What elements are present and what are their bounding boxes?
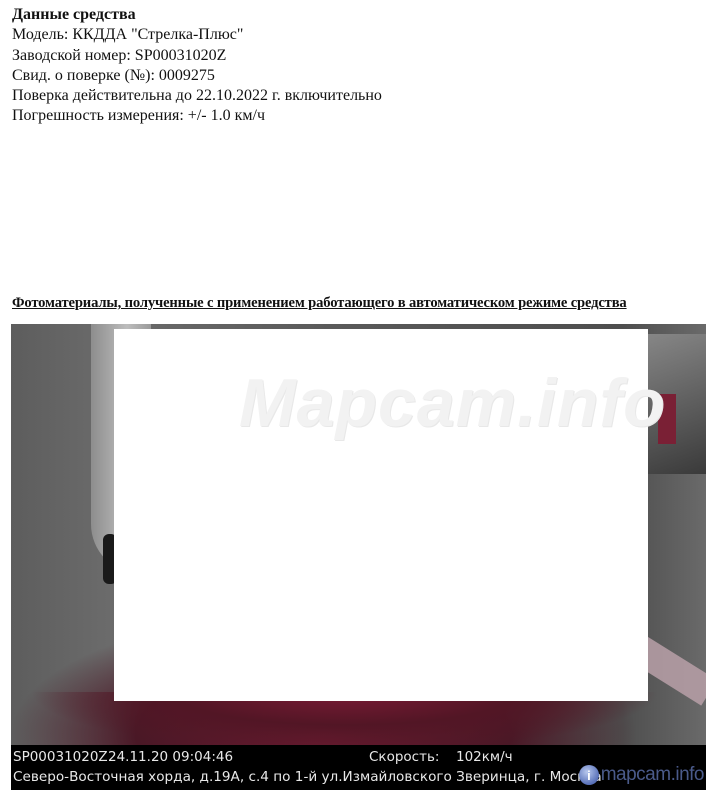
device-serial-number: Заводской номер: SP00031020Z: [12, 46, 382, 66]
overlay-speed-label: Скорость:: [369, 749, 439, 765]
camera-overlay: SP00031020Z 24.11.20 09:04:46 Скорость: …: [11, 745, 706, 790]
violation-photo: Mapcam.info SP00031020Z 24.11.20 09:04:4…: [11, 324, 706, 790]
verification-valid-until: Поверка действительна до 22.10.2022 г. в…: [12, 86, 382, 106]
verification-certificate: Свид. о поверке (№): 0009275: [12, 66, 382, 86]
watermark-text: Mapcam.info: [239, 364, 666, 442]
overlay-datetime: 24.11.20 09:04:46: [108, 749, 233, 765]
device-info-heading: Данные средства: [12, 5, 382, 25]
vehicle-red: [11, 692, 706, 752]
corner-logo-text: mapcam.info: [601, 764, 704, 786]
corner-logo: i mapcam.info: [579, 764, 704, 786]
redaction-box: Mapcam.info: [114, 329, 648, 701]
device-info: Данные средства Модель: ККДДА "Стрелка-П…: [12, 5, 382, 127]
photo-section-title: Фотоматериалы, полученные с применением …: [12, 295, 627, 312]
measurement-error: Погрешность измерения: +/- 1.0 км/ч: [12, 106, 382, 126]
device-model: Модель: ККДДА "Стрелка-Плюс": [12, 25, 382, 45]
globe-info-icon: i: [579, 765, 599, 785]
overlay-serial: SP00031020Z: [13, 749, 108, 765]
overlay-speed-value: 102км/ч: [456, 749, 513, 765]
overlay-location: Северо-Восточная хорда, д.19А, с.4 по 1-…: [13, 769, 602, 785]
